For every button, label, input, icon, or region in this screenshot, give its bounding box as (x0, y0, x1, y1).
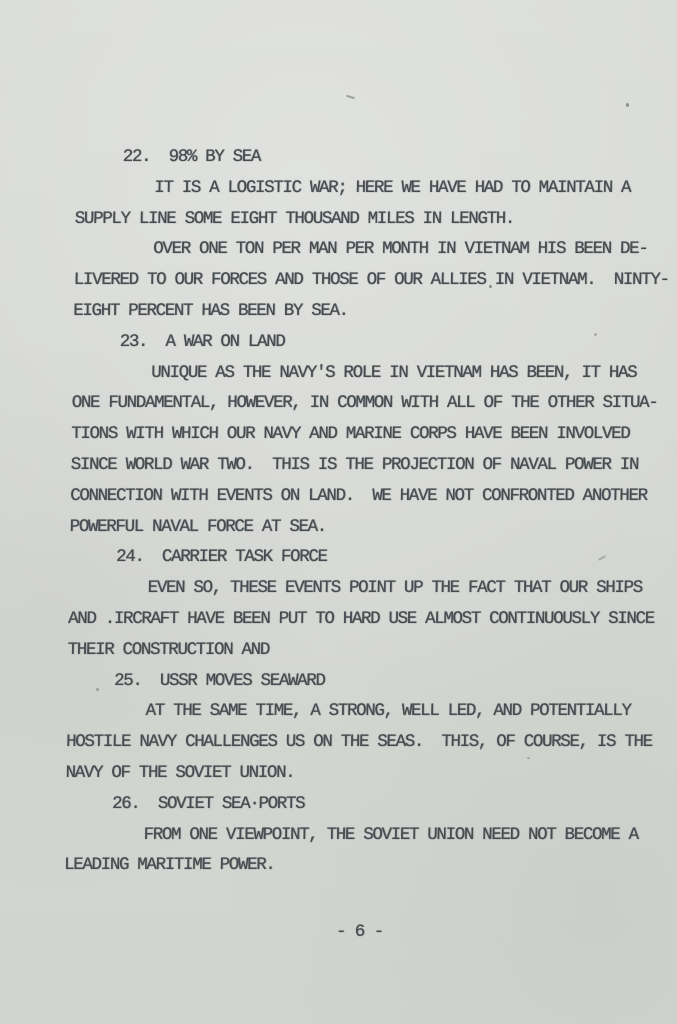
text-line: IT IS A LOGISTIC WAR; HERE WE HAVE HAD T… (75, 173, 670, 204)
text-line: EVEN SO, THESE EVENTS POINT UP THE FACT … (68, 573, 663, 604)
text-line: EIGHT PERCENT HAS BEEN BY SEA. (73, 296, 668, 327)
section-heading: 22. 98% BY SEA (75, 142, 670, 173)
text-line: HOSTILE NAVY CHALLENGES US ON THE SEAS. … (66, 727, 661, 758)
text-line: NAVY OF THE SOVIET UNION. (65, 758, 660, 789)
text-line: LEADING MARITIME POWER. (64, 850, 659, 881)
text-line: ONE FUNDAMENTAL, HOWEVER, IN COMMON WITH… (71, 388, 666, 419)
section-heading: 25. USSR MOVES SEAWARD (67, 666, 662, 697)
text-line: AND .IRCRAFT HAVE BEEN PUT TO HARD USE A… (68, 604, 663, 635)
text-line: CONNECTION WITH EVENTS ON LAND. WE HAVE … (70, 481, 665, 512)
text-line: LIVERED TO OUR FORCES AND THOSE OF OUR A… (73, 265, 668, 296)
text-line: AT THE SAME TIME, A STRONG, WELL LED, AN… (66, 696, 661, 727)
document-page: 22. 98% BY SEAIT IS A LOGISTIC WAR; HERE… (0, 0, 677, 1024)
text-line: POWERFUL NAVAL FORCE AT SEA. (69, 512, 664, 543)
text-line: THEIR CONSTRUCTION AND (67, 635, 662, 666)
text-line: OVER ONE TON PER MAN PER MONTH IN VIETNA… (74, 234, 669, 265)
text-line: SUPPLY LINE SOME EIGHT THOUSAND MILES IN… (74, 204, 669, 235)
text-line: FROM ONE VIEWPOINT, THE SOVIET UNION NEE… (64, 820, 659, 851)
page-number: - 6 - (336, 917, 383, 948)
section-heading: 26. SOVIET SEA·PORTS (65, 789, 660, 820)
section-heading: 23. A WAR ON LAND (72, 327, 667, 358)
text-line: SINCE WORLD WAR TWO. THIS IS THE PROJECT… (70, 450, 665, 481)
ink-speck (626, 103, 629, 107)
text-line: UNIQUE AS THE NAVY'S ROLE IN VIETNAM HAS… (72, 358, 667, 389)
document-body: 22. 98% BY SEAIT IS A LOGISTIC WAR; HERE… (64, 142, 671, 881)
text-line: TIONS WITH WHICH OUR NAVY AND MARINE COR… (71, 419, 666, 450)
ink-smudge (346, 95, 355, 100)
section-heading: 24. CARRIER TASK FORCE (69, 542, 664, 573)
